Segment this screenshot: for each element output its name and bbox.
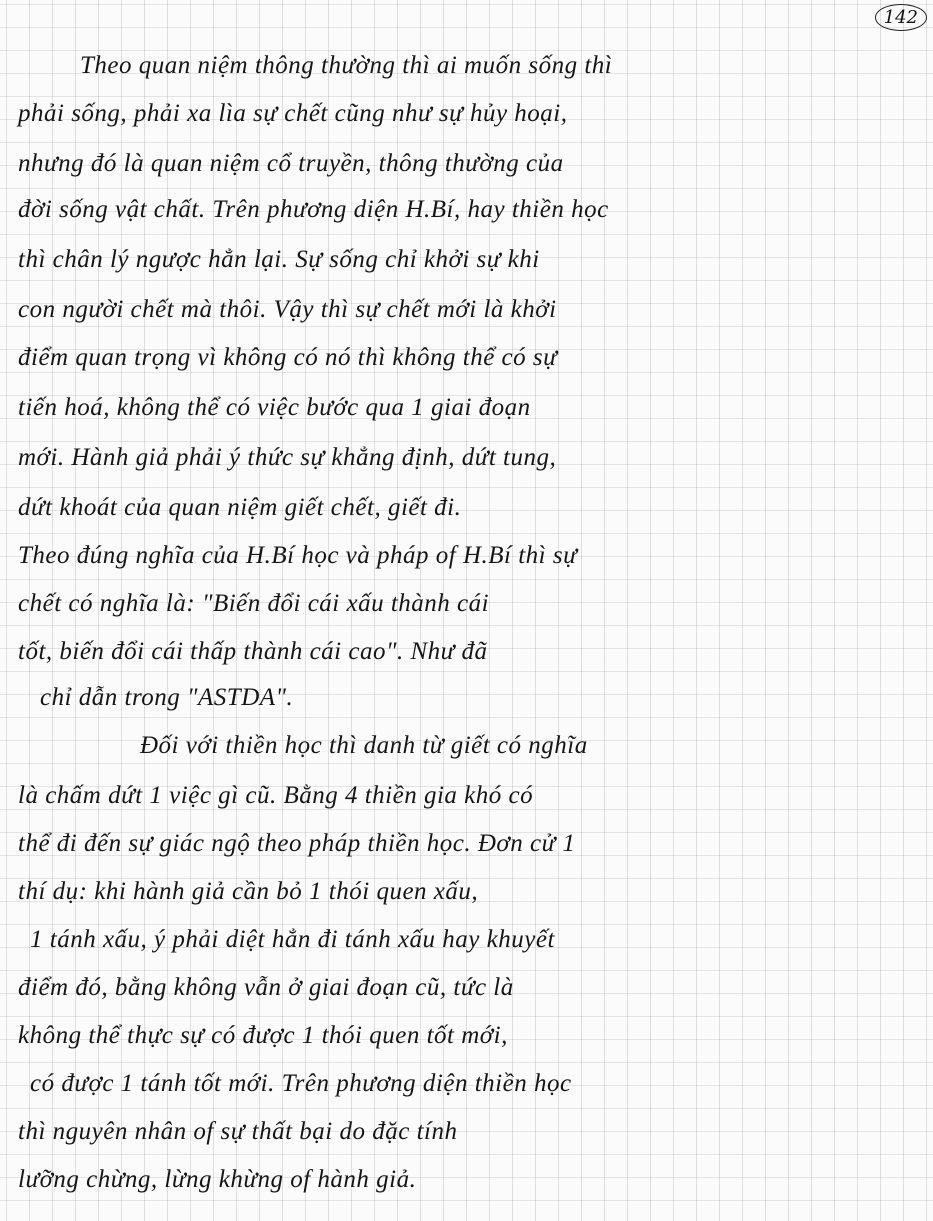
text-line: nhưng đó là quan niệm cổ truyền, thông t… <box>18 150 564 178</box>
text-line: Theo quan niệm thông thường thì ai muốn … <box>80 52 612 80</box>
handwritten-page: 142 Theo quan niệm thông thường thì ai m… <box>0 0 933 1221</box>
text-line: thí dụ: khi hành giả cần bỏ 1 thói quen … <box>18 878 478 906</box>
text-line: thể đi đến sự giác ngộ theo pháp thiền h… <box>18 830 576 858</box>
text-line: là chấm dứt 1 việc gì cũ. Bằng 4 thiền g… <box>18 782 533 810</box>
text-line: có được 1 tánh tốt mới. Trên phương diện… <box>30 1070 572 1098</box>
text-line: Theo đúng nghĩa của H.Bí học và pháp of … <box>18 542 577 570</box>
text-line: 1 tánh xấu, ý phải diệt hẳn đi tánh xấu … <box>30 926 555 954</box>
text-line: lưỡng chừng, lừng khừng of hành giả. <box>18 1166 416 1194</box>
page-number: 142 <box>875 4 927 31</box>
text-line: con người chết mà thôi. Vậy thì sự chết … <box>18 296 557 324</box>
text-line: tiến hoá, không thể có việc bước qua 1 g… <box>18 394 531 422</box>
text-line: phải sống, phải xa lìa sự chết cũng như … <box>18 100 568 128</box>
text-line: Đối với thiền học thì danh từ giết có ng… <box>140 732 588 760</box>
text-line: tốt, biến đổi cái thấp thành cái cao". N… <box>18 638 488 666</box>
text-line: không thể thực sự có được 1 thói quen tố… <box>18 1022 508 1050</box>
text-line: điểm quan trọng vì không có nó thì không… <box>18 344 557 372</box>
text-line: thì nguyên nhân of sự thất bại do đặc tí… <box>18 1118 457 1146</box>
text-line: mới. Hành giả phải ý thức sự khẳng định,… <box>18 444 556 472</box>
text-line: thì chân lý ngược hẳn lại. Sự sống chỉ k… <box>18 246 540 274</box>
text-line: điểm đó, bằng không vẫn ở giai đoạn cũ, … <box>18 974 514 1002</box>
text-line: chỉ dẫn trong "ASTDA". <box>40 684 293 712</box>
text-line: chết có nghĩa là: "Biến đổi cái xấu thàn… <box>18 590 489 618</box>
text-line: đời sống vật chất. Trên phương diện H.Bí… <box>18 196 609 224</box>
text-line: dứt khoát của quan niệm giết chết, giết … <box>18 494 461 522</box>
